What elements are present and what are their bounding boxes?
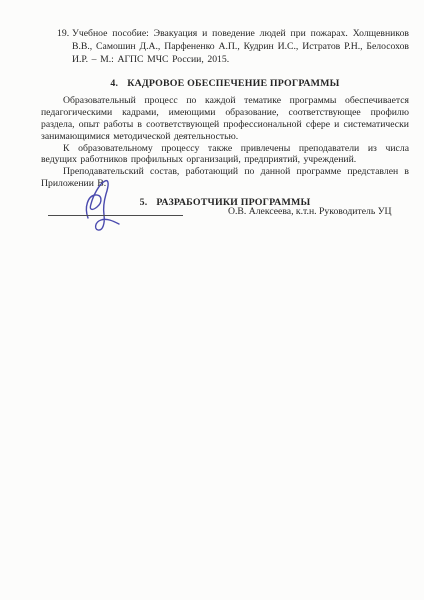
signatory-name: О.В. Алексеева, к.т.н. Руководитель УЦ — [228, 206, 392, 217]
section4-title: КАДРОВОЕ ОБЕСПЕЧЕНИЕ ПРОГРАММЫ — [127, 78, 339, 89]
section5-number: 5. — [140, 197, 148, 208]
reference-item-19: 19. Учебное пособие: Эвакуация и поведен… — [57, 28, 409, 66]
reference-number: 19. — [57, 28, 72, 66]
section4-heading: 4.КАДРОВОЕ ОБЕСПЕЧЕНИЕ ПРОГРАММЫ — [41, 78, 409, 90]
document-page: 19. Учебное пособие: Эвакуация и поведен… — [0, 0, 424, 600]
signature-line — [48, 215, 183, 216]
section4-number: 4. — [110, 78, 118, 89]
reference-text: Учебное пособие: Эвакуация и поведение л… — [72, 28, 409, 66]
section4-paragraph-1: Образовательный процесс по каждой темати… — [41, 95, 409, 142]
signature-scribble — [80, 177, 125, 239]
section4-paragraph-2: К образовательному процессу также привле… — [41, 143, 409, 167]
